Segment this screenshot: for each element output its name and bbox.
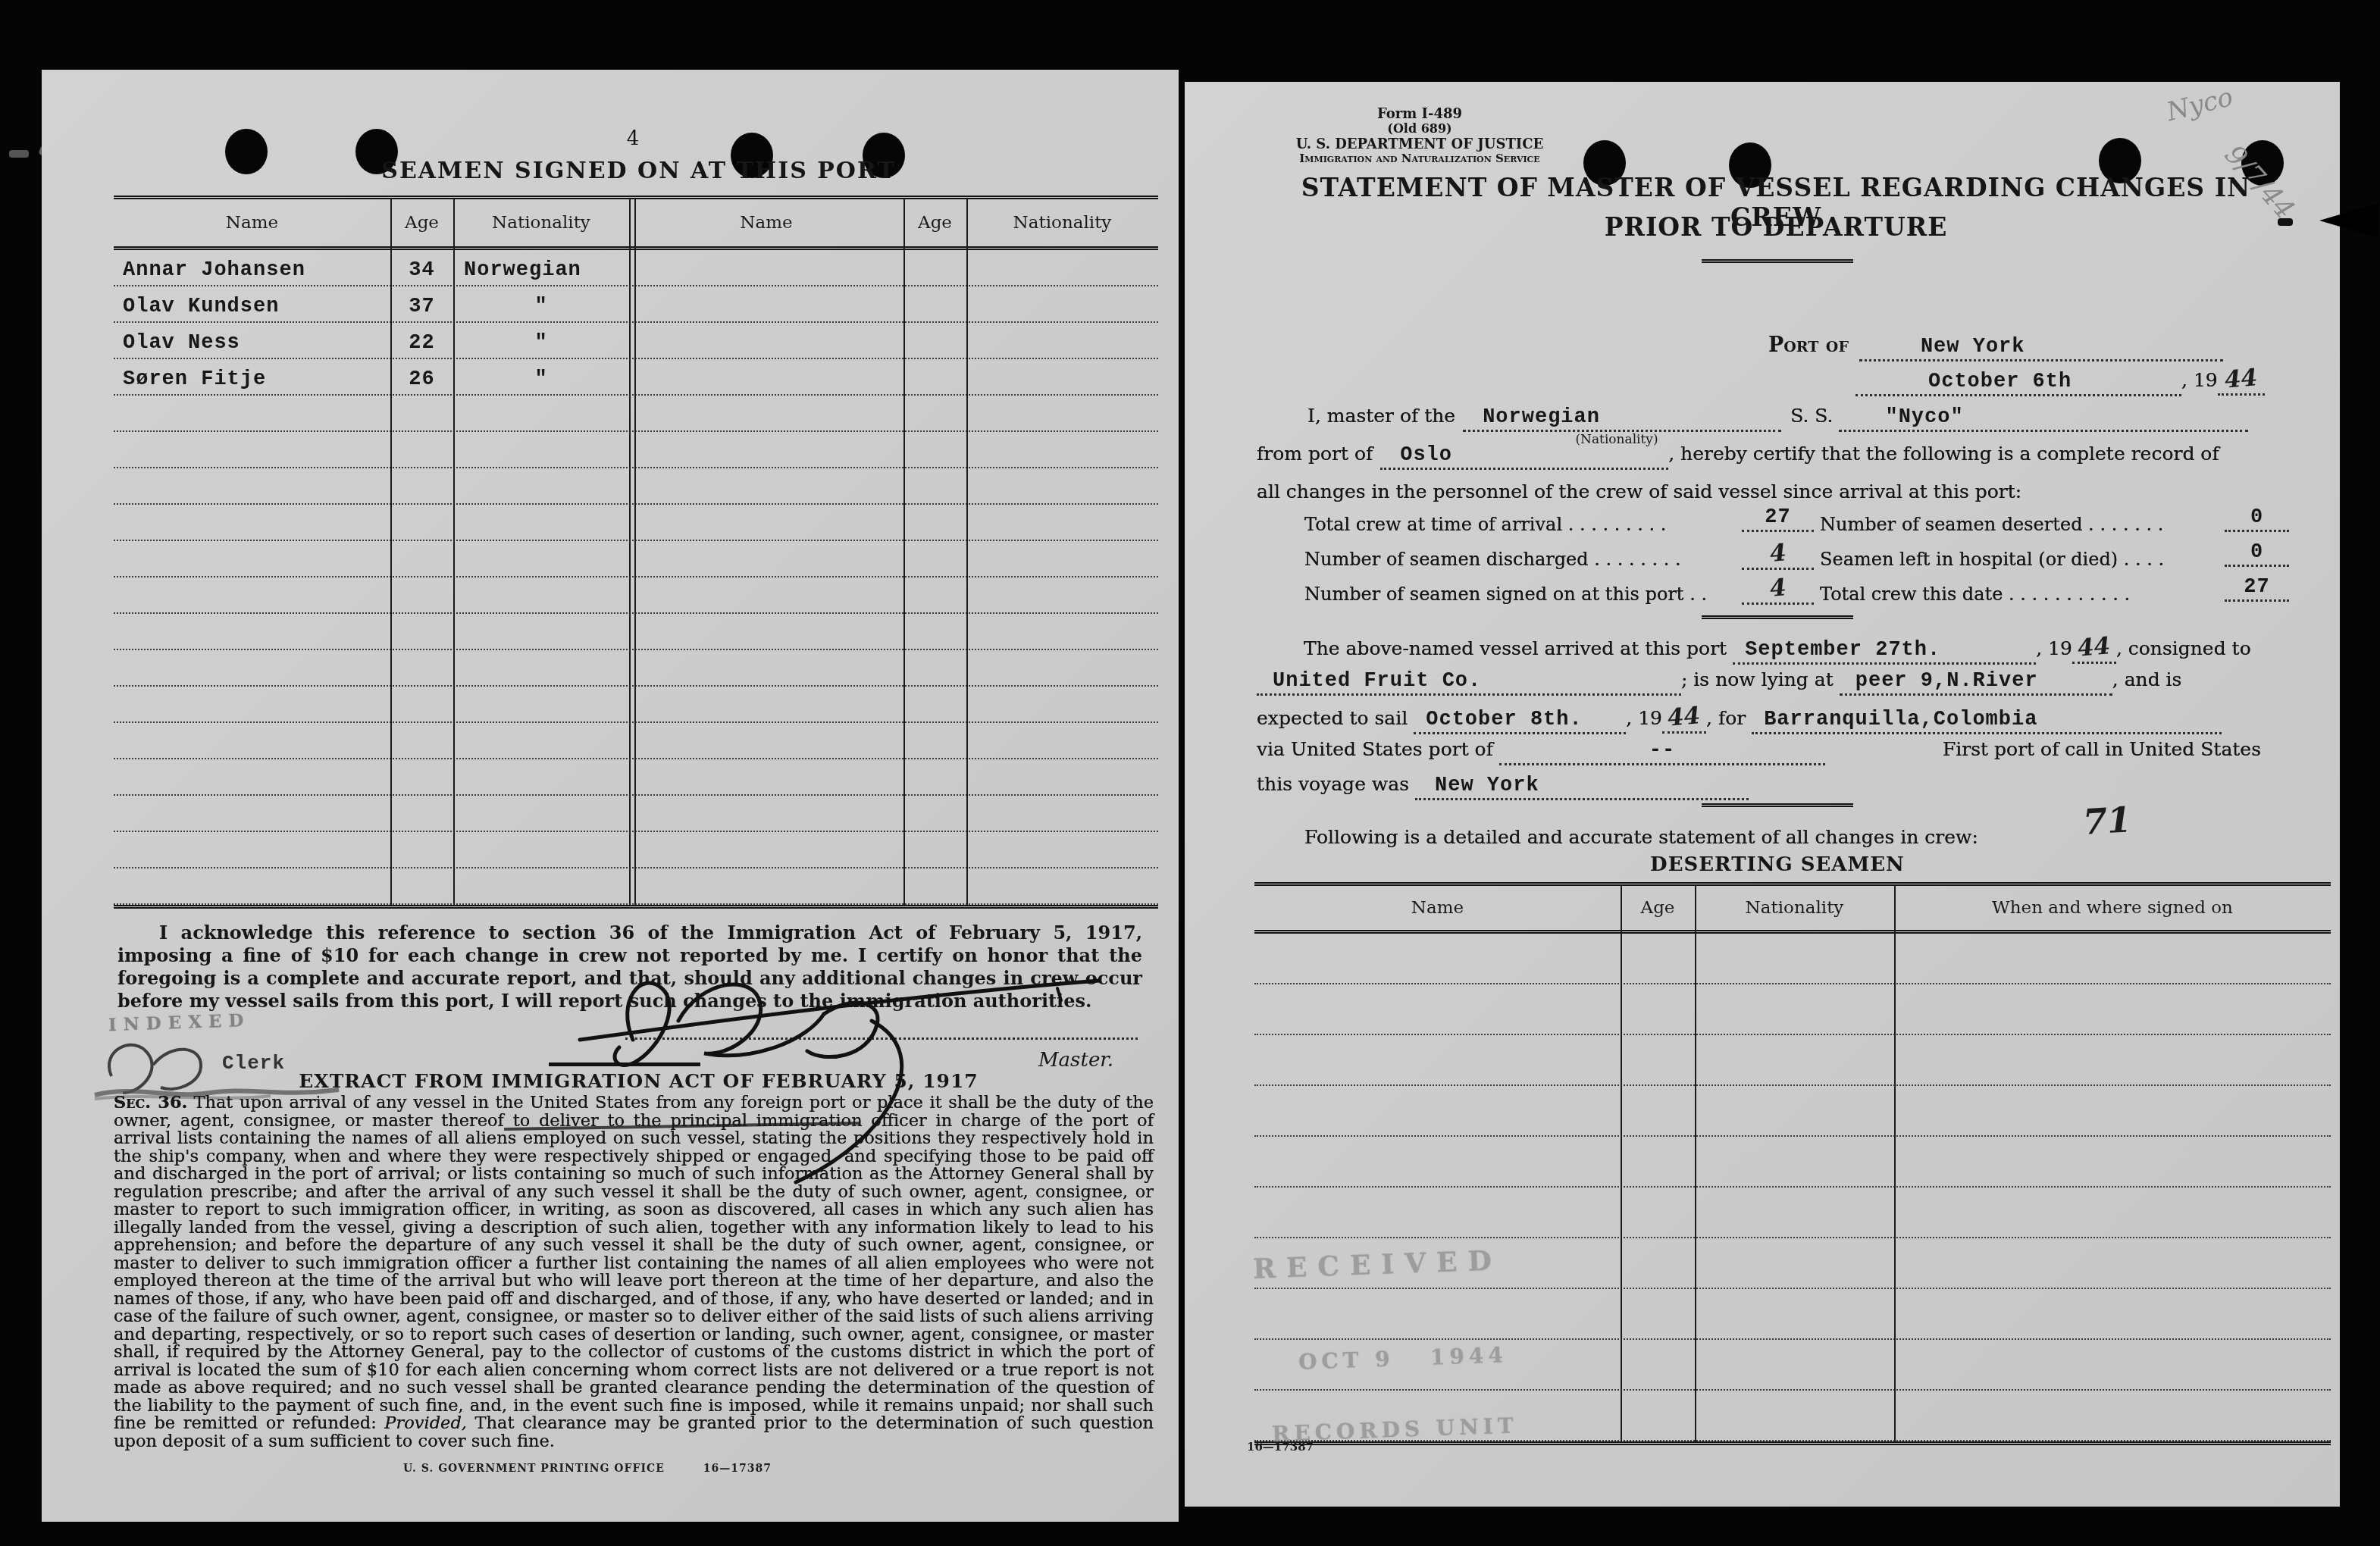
stat-label: Total crew at time of arrival . . . . . … [1304, 514, 1666, 535]
seaman-nationality-ditto: " [453, 296, 629, 318]
voyage-text: this voyage was [1257, 773, 1409, 795]
column-divider [634, 199, 636, 906]
seaman-name: Annar Johansen [123, 259, 305, 282]
form-number: Form I-489 [1257, 106, 1583, 122]
section-rule [1702, 803, 1853, 807]
empty-table-row [114, 832, 1158, 868]
empty-table-row [114, 505, 1158, 541]
sail-year-prefix: , 19 [1626, 707, 1662, 729]
extract-paragraph: Sec. 36.That upon arrival of any vessel … [114, 1094, 1154, 1451]
column-header: Nationality [453, 213, 629, 233]
year-prefix: , 19 [2181, 369, 2218, 391]
column-divider [903, 199, 905, 906]
port-value: New York [1864, 336, 2025, 358]
pencil-annotation: Nyco [2163, 82, 2236, 127]
sail-text: expected to sail [1257, 707, 1408, 729]
consigned-text: , consigned to [2116, 637, 2251, 659]
ss-label: S. S. [1790, 405, 1833, 427]
year-field: 44 [2218, 365, 2265, 396]
sail-date-field: October 8th. [1414, 707, 1626, 734]
left-page-title: SEAMEN SIGNED ON AT THIS PORT [114, 158, 1163, 184]
empty-table-row [114, 541, 1158, 577]
destination-field: Barranquilla,Colombia [1752, 707, 2222, 734]
table-row: Søren Fitje 26 " [114, 359, 1158, 396]
stat-value-text: 4 [1768, 574, 1787, 602]
date-line: October 6th , 19 44 [1855, 365, 2265, 396]
master-label: Master. [1038, 1049, 1113, 1072]
vessel-field: "Nyco" [1839, 405, 2248, 432]
column-header: Nationality [1695, 898, 1894, 918]
table-header-row: Name Age Nationality When and where sign… [1254, 886, 2331, 930]
column-divider [629, 199, 631, 906]
seaman-name: Olav Ness [123, 332, 240, 355]
empty-table-row [114, 432, 1158, 468]
document-scan: 4 SEAMEN SIGNED ON AT THIS PORT Name Age… [0, 0, 2380, 1546]
column-divider [966, 199, 968, 906]
table-rule [114, 905, 1158, 909]
stat-value: 4 [1742, 540, 1814, 570]
lying-text: ; is now lying at [1681, 668, 1834, 690]
empty-table-row [114, 687, 1158, 723]
arrival-date-value: September 27th. [1737, 639, 1940, 662]
consignee-value: United Fruit Co. [1261, 670, 1481, 693]
arrival-year-prefix: , 19 [2036, 637, 2072, 659]
via-port-value: -- [1649, 740, 1675, 762]
stat-value-text: 27 [2244, 576, 2269, 599]
table-row: Olav Kundsen 37 " [114, 286, 1158, 323]
empty-table-row [114, 468, 1158, 505]
gpo-footer-office: U. S. GOVERNMENT PRINTING OFFICE [403, 1463, 665, 1475]
stat-value-text: 0 [2250, 506, 2263, 529]
extract-provided: Provided, [384, 1413, 467, 1433]
from-port-label: from port of [1257, 443, 1373, 465]
column-header: Name [1254, 898, 1621, 918]
lying-at-value: peer 9,N.River [1844, 670, 2038, 693]
extract-title: EXTRACT FROM IMMIGRATION ACT OF FEBRUARY… [114, 1070, 1163, 1092]
seamen-signed-on-table: Name Age Nationality Name Age Nationalit… [114, 196, 1158, 909]
stat-label: Number of seamen discharged . . . . . . … [1304, 549, 1681, 570]
arrival-line-2: United Fruit Co. ; is now lying at peer … [1257, 668, 2318, 696]
section-rule [1702, 615, 1853, 619]
title-rule [1702, 259, 1853, 263]
from-port-line: from port of Oslo , hereby certify that … [1257, 443, 2219, 470]
stat-value-text: 4 [1768, 539, 1787, 568]
department-name: U. S. DEPARTMENT OF JUSTICE [1257, 136, 1583, 152]
gpo-footer-number: 16—17387 [703, 1463, 772, 1475]
right-page: Nyco 9/7/44 Form I-489 (Old 689) U. S. D… [1185, 82, 2340, 1507]
stat-label: Number of seamen deserted . . . . . . . [1820, 514, 2163, 535]
section-number: Sec. 36. [114, 1093, 187, 1113]
via-port-field: -- [1499, 738, 1825, 765]
stat-value: 27 [1742, 506, 1814, 532]
handwritten-crew-number: 71 [2082, 799, 2133, 842]
column-divider [390, 199, 392, 906]
destination-value: Barranquilla,Colombia [1756, 709, 2037, 731]
sail-date-value: October 8th. [1418, 709, 1582, 731]
first-port-text: First port of call in United States [1943, 738, 2261, 760]
empty-table-row [1254, 1289, 2331, 1340]
form-number-old: (Old 689) [1257, 122, 1583, 136]
stat-value: 0 [2225, 541, 2289, 567]
table-row: Annar Johansen 34 Norwegian [114, 250, 1158, 286]
first-port-field: New York [1415, 773, 1749, 800]
arrival-year-field: 44 [2072, 634, 2116, 664]
stat-label: Total crew this date . . . . . . . . . .… [1820, 584, 2130, 605]
master-line: I, master of the Norwegian S. S. "Nyco" [1307, 405, 2248, 432]
stat-value: 4 [1742, 574, 1814, 605]
master-line-text: I, master of the [1307, 405, 1455, 427]
certify-text: , hereby certify that the following is a… [1668, 443, 2219, 465]
column-divider [1894, 885, 1896, 1442]
column-divider [1621, 885, 1622, 1442]
date-field: October 6th [1855, 369, 2181, 396]
nationality-field: Norwegian [1463, 405, 1781, 432]
column-header: Name [114, 213, 390, 233]
empty-table-row [1254, 1188, 2331, 1238]
via-port-text: via United States port of [1257, 738, 1493, 760]
column-divider [453, 199, 455, 906]
stat-value-text: 0 [2250, 541, 2263, 564]
seaman-name: Olav Kundsen [123, 296, 279, 318]
form-title-line2: PRIOR TO DEPARTURE [1283, 212, 2269, 242]
seaman-nationality-ditto: " [453, 332, 629, 355]
table-header-row: Name Age Nationality Name Age Nationalit… [114, 199, 1158, 246]
sail-year-value: 44 [1667, 702, 1702, 732]
left-page: 4 SEAMEN SIGNED ON AT THIS PORT Name Age… [42, 70, 1179, 1522]
form-identification-block: Form I-489 (Old 689) U. S. DEPARTMENT OF… [1257, 106, 1583, 166]
arrival-year-value: 44 [2077, 632, 2112, 662]
arrival-text: The above-named vessel arrived at this p… [1304, 637, 1727, 659]
column-header: Name [629, 213, 903, 233]
from-port-value: Oslo [1385, 444, 1452, 467]
port-line: Port of New York [1768, 333, 2223, 361]
arrival-line-1: The above-named vessel arrived at this p… [1257, 634, 2318, 665]
table-body: Annar Johansen 34 Norwegian Olav Kundsen… [114, 250, 1158, 905]
empty-table-row [114, 577, 1158, 614]
nationality-value: Norwegian [1467, 406, 1600, 429]
consignee-field: United Fruit Co. [1257, 668, 1681, 696]
page-number: 4 [572, 127, 694, 150]
column-header: Age [1621, 898, 1695, 918]
and-is-text: , and is [2112, 668, 2182, 690]
column-header: When and where signed on [1894, 898, 2331, 918]
empty-table-row [114, 868, 1158, 905]
empty-table-row [1254, 1086, 2331, 1137]
for-text: , for [1706, 707, 1746, 729]
seaman-age: 37 [390, 296, 453, 318]
table-rule [1254, 1441, 2331, 1445]
empty-table-row [1254, 984, 2331, 1035]
lying-at-field: peer 9,N.River [1840, 668, 2112, 696]
following-line: Following is a detailed and accurate sta… [1304, 826, 1978, 848]
seaman-nationality: Norwegian [464, 259, 581, 282]
column-header: Age [903, 213, 966, 233]
empty-table-row [1254, 1137, 2331, 1188]
port-label: Port of [1768, 333, 1849, 357]
form-footer-number: 16—17387 [1247, 1440, 1314, 1454]
scan-edge-dash [2278, 218, 2293, 226]
seaman-name: Søren Fitje [123, 368, 266, 391]
ink-redaction-line [549, 1062, 700, 1066]
stat-value-text: 27 [1765, 506, 1790, 529]
port-field: New York [1859, 334, 2223, 361]
empty-table-row [1254, 1035, 2331, 1086]
vessel-value: "Nyco" [1843, 406, 1963, 429]
arrival-line-3: expected to sail October 8th. , 19 44 , … [1257, 703, 2318, 734]
arrival-line-5: this voyage was New York [1257, 773, 2318, 800]
stat-value: 27 [2225, 576, 2289, 602]
service-name: Immigration and Naturalization Service [1257, 152, 1583, 166]
from-port-field: Oslo [1380, 443, 1668, 470]
stat-value: 0 [2225, 506, 2289, 532]
changes-line: all changes in the personnel of the crew… [1257, 480, 2021, 502]
arrival-date-field: September 27th. [1733, 637, 2036, 665]
first-port-value: New York [1420, 775, 1539, 797]
seaman-nationality-ditto: " [453, 368, 629, 391]
empty-table-row [114, 650, 1158, 687]
seaman-age: 22 [390, 332, 453, 355]
empty-table-row [1254, 934, 2331, 984]
seaman-age: 26 [390, 368, 453, 391]
column-header: Age [390, 213, 453, 233]
stat-label: Seamen left in hospital (or died) . . . … [1820, 549, 2164, 570]
deserting-seamen-title: DESERTING SEAMEN [1307, 853, 2247, 876]
empty-table-row [114, 759, 1158, 796]
column-divider [1695, 885, 1696, 1442]
seaman-age: 34 [390, 259, 453, 282]
scan-margin-dash [9, 150, 29, 158]
sail-year-field: 44 [1662, 703, 1706, 734]
gpo-footer: U. S. GOVERNMENT PRINTING OFFICE 16—1738… [114, 1463, 1061, 1475]
column-header: Nationality [966, 213, 1158, 233]
empty-table-row [114, 796, 1158, 832]
extract-body: That upon arrival of any vessel in the U… [114, 1093, 1154, 1433]
empty-table-row [114, 614, 1158, 650]
stat-label: Number of seamen signed on at this port … [1304, 584, 1707, 605]
year-value: 44 [2224, 364, 2259, 394]
table-row: Olav Ness 22 " [114, 323, 1158, 359]
date-value: October 6th [1860, 371, 2072, 393]
empty-table-row [114, 723, 1158, 759]
empty-table-row [114, 396, 1158, 432]
